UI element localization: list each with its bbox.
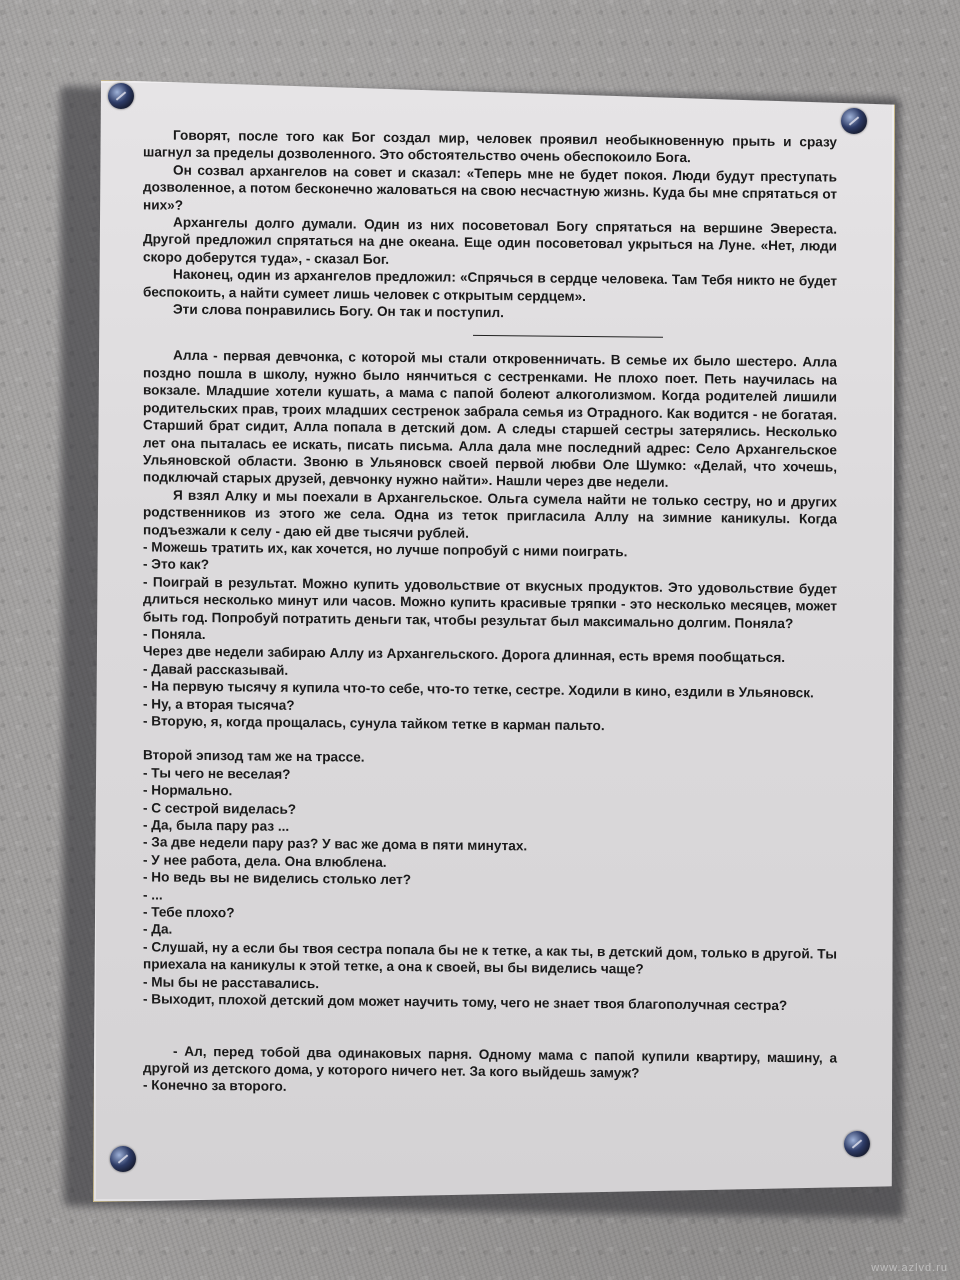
screw-icon: [844, 1131, 870, 1157]
dialog-line: - Поиграй в результат. Можно купить удов…: [143, 573, 837, 632]
section-divider: [473, 335, 663, 338]
paragraph: Я взял Алку и мы поехали в Архангельское…: [143, 486, 837, 545]
paragraph: Архангелы долго думали. Один из них посо…: [143, 213, 837, 272]
watermark: www.azlvd.ru: [871, 1262, 948, 1274]
paragraph: Он созвал архангелов на совет и сказал: …: [143, 161, 837, 220]
story-alla: Алла - первая девчонка, с которой мы ста…: [143, 347, 837, 1102]
screw-icon: [110, 1146, 136, 1172]
screw-icon: [108, 83, 134, 109]
notice-text: Говорят, после того как Бог создал мир, …: [143, 126, 837, 1101]
story-god-and-archangels: Говорят, после того как Бог создал мир, …: [143, 126, 837, 325]
paragraph: Алла - первая девчонка, с которой мы ста…: [143, 347, 837, 494]
screw-icon: [841, 108, 867, 134]
